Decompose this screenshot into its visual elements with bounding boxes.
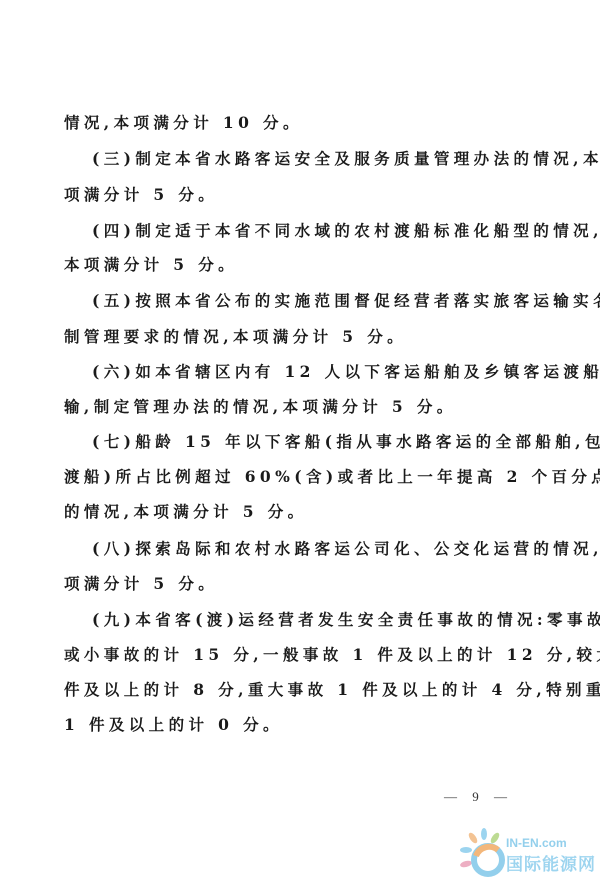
text-line: 项满分计 5 分。: [64, 574, 218, 594]
text-line: 输,制定管理办法的情况,本项满分计 5 分。: [64, 397, 457, 417]
text-line: 的情况,本项满分计 5 分。: [64, 502, 308, 522]
page-number: — 9 —: [444, 789, 513, 805]
text-line: (五)按照本省公布的实施范围督促经营者落实旅客运输实名: [92, 291, 600, 311]
watermark-logo: IN-EN.com 国际能源网: [458, 828, 600, 880]
text-line: 渡船)所占比例超过 60%(含)或者比上一年提高 2 个百分点(含): [64, 467, 600, 487]
text-line: (九)本省客(渡)运经营者发生安全责任事故的情况:零事故: [92, 610, 600, 630]
text-line: (六)如本省辖区内有 12 人以下客运船舶及乡镇客运渡船运: [92, 362, 600, 382]
text-line: 或小事故的计 15 分,一般事故 1 件及以上的计 12 分,较大事故 1: [64, 645, 600, 665]
watermark-cn: 国际能源网: [506, 850, 596, 875]
sun-logo-icon: [458, 828, 510, 880]
document-page: 情况,本项满分计 10 分。(三)制定本省水路客运安全及服务质量管理办法的情况,…: [0, 0, 600, 880]
text-line: (三)制定本省水路客运安全及服务质量管理办法的情况,本: [92, 149, 600, 169]
text-line: 1 件及以上的计 0 分。: [64, 715, 283, 735]
text-line: (四)制定适于本省不同水域的农村渡船标准化船型的情况,: [92, 221, 600, 241]
text-line: 项满分计 5 分。: [64, 185, 218, 205]
text-line: 制管理要求的情况,本项满分计 5 分。: [64, 327, 407, 347]
text-line: 件及以上的计 8 分,重大事故 1 件及以上的计 4 分,特别重大事故: [64, 680, 600, 700]
watermark-en: IN-EN.com: [506, 836, 567, 850]
text-line: (八)探索岛际和农村水路客运公司化、公交化运营的情况,本: [92, 539, 600, 559]
text-line: (七)船龄 15 年以下客船(指从事水路客运的全部船舶,包括: [92, 432, 600, 452]
text-line: 本项满分计 5 分。: [64, 255, 238, 275]
text-line: 情况,本项满分计 10 分。: [64, 113, 303, 133]
